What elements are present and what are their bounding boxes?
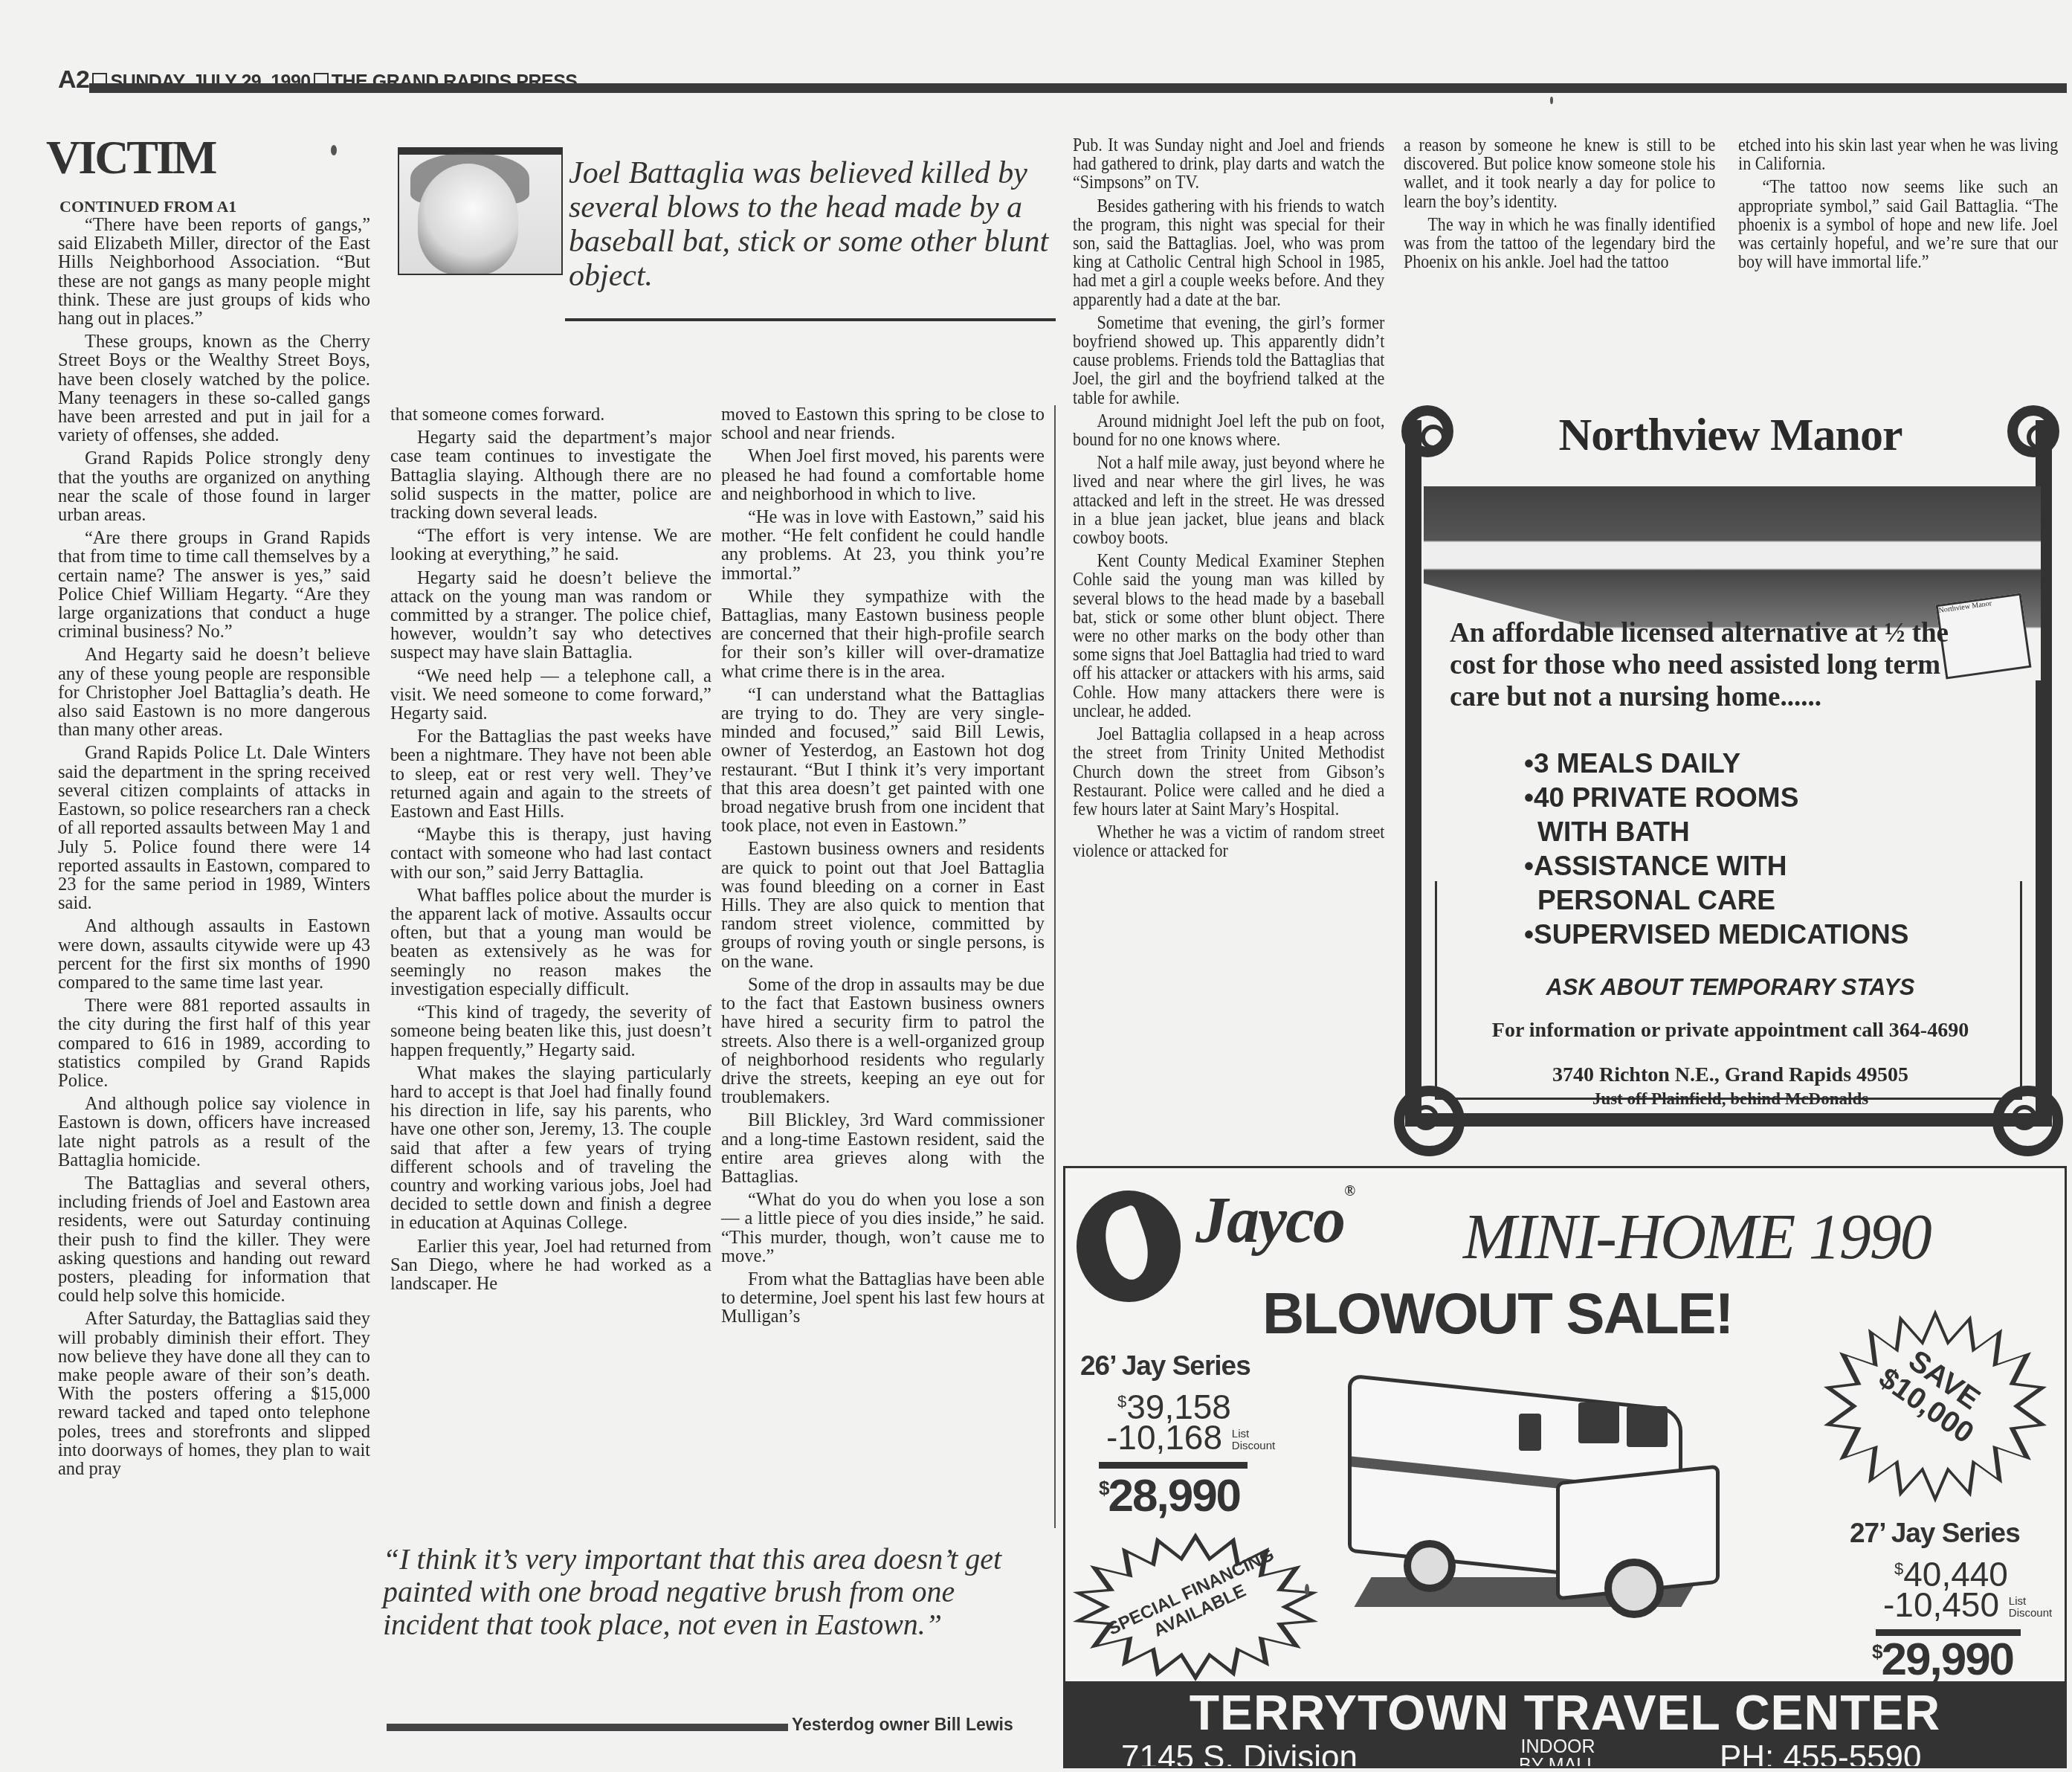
header-rule bbox=[89, 83, 2067, 93]
dealer-phone: PH: 455-5590 bbox=[1720, 1739, 1922, 1768]
feature-list: •3 MEALS DAILY •40 PRIVATE ROOMS WITH BA… bbox=[1524, 747, 1908, 953]
paragraph: Whether he was a victim of random street… bbox=[1073, 823, 1384, 860]
pull-quote-rule bbox=[387, 1724, 788, 1731]
paragraph: Joel Battaglia collapsed in a heap acros… bbox=[1073, 725, 1384, 819]
dealer-indoor: INDOORBY MALL bbox=[1519, 1738, 1597, 1768]
paragraph: Kent County Medical Examiner Stephen Coh… bbox=[1073, 552, 1384, 721]
feature-item: •40 PRIVATE ROOMS bbox=[1524, 782, 1908, 814]
discount-label: ListDiscount bbox=[1232, 1428, 1275, 1452]
paragraph: The Battaglias and several others, inclu… bbox=[58, 1174, 370, 1305]
dealer-name: TERRYTOWN TRAVEL CENTER bbox=[1065, 1684, 2065, 1741]
ad-contact-info: For information or private appointment c… bbox=[1398, 1019, 2063, 1043]
rv-window bbox=[1519, 1414, 1541, 1451]
paragraph: Grand Rapids Police Lt. Dale Winters sai… bbox=[58, 744, 370, 912]
rv-wheel bbox=[1404, 1540, 1456, 1592]
paragraph: Hegarty said the department’s major case… bbox=[390, 428, 711, 522]
paragraph: “This kind of tragedy, the severity of s… bbox=[390, 1003, 711, 1060]
article-column-4: Pub. It was Sunday night and Joel and fr… bbox=[1073, 136, 1384, 866]
paragraph: Besides gathering with his friends to wa… bbox=[1073, 197, 1384, 309]
article-column-2: that someone comes forward. Hegarty said… bbox=[390, 405, 711, 1298]
ad-address: 3740 Richton N.E., Grand Rapids 49505 bbox=[1398, 1063, 2063, 1087]
paragraph: And although assaults in Eastown were do… bbox=[58, 917, 370, 992]
paragraph: “I can understand what the Battaglias ar… bbox=[721, 686, 1045, 836]
rv-window bbox=[1627, 1406, 1668, 1447]
ad-temporary-stays: ASK ABOUT TEMPORARY STAYS bbox=[1398, 974, 2063, 1001]
paragraph: Sometime that evening, the girl’s former… bbox=[1073, 314, 1384, 407]
paragraph: “We need help — a telephone call, a visi… bbox=[390, 667, 711, 724]
paragraph: Earlier this year, Joel had returned fro… bbox=[390, 1237, 711, 1294]
paragraph: The way in which he was finally identifi… bbox=[1404, 216, 1715, 272]
paragraph: What baffles police about the murder is … bbox=[390, 886, 711, 999]
print-speck bbox=[331, 145, 337, 155]
feature-item: •ASSISTANCE WITH bbox=[1524, 850, 1908, 883]
series-26-name: 26’ Jay Series bbox=[1080, 1350, 1250, 1382]
ad-directions: Just off Plainfield, behind McDonalds bbox=[1398, 1089, 2063, 1109]
paragraph: What makes the slaying particularly hard… bbox=[390, 1064, 711, 1233]
ad-headline: MINI-HOME 1990 bbox=[1463, 1199, 1931, 1274]
paragraph: These groups, known as the Cherry Street… bbox=[58, 332, 370, 445]
paragraph: etched into his skin last year when he w… bbox=[1738, 136, 2058, 173]
series-26-discount: -10,168 ListDiscount bbox=[1106, 1420, 1275, 1455]
feature-item: •3 MEALS DAILY bbox=[1524, 747, 1908, 780]
feature-item: PERSONAL CARE bbox=[1524, 884, 1908, 917]
jayco-brand: Jayco® bbox=[1195, 1183, 1354, 1258]
print-speck bbox=[1305, 1584, 1309, 1596]
paragraph: Not a half mile away, just beyond where … bbox=[1073, 454, 1384, 547]
photo-caption: Joel Battaglia was believed killed by se… bbox=[569, 156, 1059, 293]
discount-label: ListDiscount bbox=[2009, 1596, 2052, 1620]
article-column-5: a reason by someone he knew is still to … bbox=[1404, 136, 1715, 276]
paragraph: When Joel first moved, his parents were … bbox=[721, 447, 1045, 503]
feature-item: •SUPERVISED MEDICATIONS bbox=[1524, 918, 1908, 951]
paragraph: And although police say violence in East… bbox=[58, 1095, 370, 1170]
brand-name: Jayco bbox=[1195, 1185, 1344, 1257]
series-26-final-price: $28,990 bbox=[1099, 1469, 1240, 1522]
price-value: -10,168 bbox=[1106, 1418, 1222, 1457]
price-value: -10,450 bbox=[1883, 1585, 1999, 1624]
page-number: A2 bbox=[58, 65, 89, 94]
paragraph: Pub. It was Sunday night and Joel and fr… bbox=[1073, 136, 1384, 193]
paragraph: “What do you do when you lose a son — a … bbox=[721, 1191, 1045, 1266]
paragraph: “Maybe this is therapy, just having cont… bbox=[390, 825, 711, 882]
series-27-discount: -10,450 ListDiscount bbox=[1883, 1587, 2052, 1623]
currency-symbol: $ bbox=[1894, 1559, 1903, 1578]
paragraph: “There have been reports of gangs,” said… bbox=[58, 216, 370, 328]
pull-quote: “I think it’s very important that this a… bbox=[383, 1543, 1045, 1641]
paragraph: that someone comes forward. bbox=[390, 405, 711, 424]
paragraph: “The tattoo now seems like such an appro… bbox=[1738, 178, 2058, 271]
paragraph: From what the Battaglias have been able … bbox=[721, 1270, 1045, 1327]
paragraph: Some of the drop in assaults may be due … bbox=[721, 976, 1045, 1106]
article-column-3: moved to Eastown this spring to be close… bbox=[721, 405, 1045, 1331]
article-kicker: VICTIM bbox=[46, 130, 215, 185]
caption-rule bbox=[565, 318, 1056, 321]
jayco-ad[interactable]: Jayco® MINI-HOME 1990 BLOWOUT SALE! SAVE… bbox=[1063, 1166, 2067, 1768]
currency-symbol: $ bbox=[1117, 1392, 1126, 1411]
paragraph: There were 881 reported assaults in the … bbox=[58, 996, 370, 1090]
pull-quote-attribution: Yesterdog owner Bill Lewis bbox=[792, 1715, 1013, 1735]
paragraph: After Saturday, the Battaglias said they… bbox=[58, 1309, 370, 1478]
continued-from: CONTINUED FROM A1 bbox=[59, 197, 236, 216]
paragraph: “The effort is very intense. We are look… bbox=[390, 526, 711, 564]
column-divider bbox=[1054, 405, 1056, 1528]
dealer-band: TERRYTOWN TRAVEL CENTER 7145 S. Division… bbox=[1065, 1681, 2065, 1768]
victim-photo bbox=[398, 147, 563, 275]
jayco-bird-logo-icon bbox=[1077, 1191, 1181, 1302]
paragraph: While they sympathize with the Battaglia… bbox=[721, 587, 1045, 681]
price-value: 29,990 bbox=[1881, 1634, 2013, 1685]
northview-manor-ad[interactable]: Northview Manor Northview Manor An affor… bbox=[1398, 390, 2063, 1149]
paragraph: Eastown business owners and residents ar… bbox=[721, 840, 1045, 970]
article-column-1: “There have been reports of gangs,” said… bbox=[58, 216, 370, 1483]
paragraph: “Are there groups in Grand Rapids that f… bbox=[58, 529, 370, 641]
currency-symbol: $ bbox=[1099, 1477, 1108, 1499]
paragraph: For the Battaglias the past weeks have b… bbox=[390, 727, 711, 821]
motorhome-illustration bbox=[1333, 1362, 1720, 1614]
price-rule bbox=[1099, 1462, 1248, 1469]
paragraph: Grand Rapids Police strongly deny that t… bbox=[58, 449, 370, 524]
rv-wheel bbox=[1604, 1559, 1664, 1618]
dealer-address: 7145 S. Division bbox=[1121, 1739, 1358, 1768]
paragraph: Hegarty said he doesn’t believe the atta… bbox=[390, 569, 711, 663]
paragraph: moved to Eastown this spring to be close… bbox=[721, 405, 1045, 442]
currency-symbol: $ bbox=[1872, 1640, 1881, 1663]
paragraph: Bill Blickley, 3rd Ward commissioner and… bbox=[721, 1111, 1045, 1186]
feature-item: WITH BATH bbox=[1524, 816, 1908, 848]
series-27-final-price: $29,990 bbox=[1872, 1633, 2013, 1686]
ad-title: Northview Manor bbox=[1398, 409, 2063, 462]
rv-window bbox=[1578, 1402, 1619, 1443]
paragraph: And Hegarty said he doesn’t believe any … bbox=[58, 645, 370, 739]
paragraph: Around midnight Joel left the pub on foo… bbox=[1073, 412, 1384, 449]
paragraph: “He was in love with Eastown,” said his … bbox=[721, 508, 1045, 583]
series-27-name: 27’ Jay Series bbox=[1850, 1518, 2020, 1549]
print-speck bbox=[1550, 97, 1553, 104]
ad-lead-text: An affordable licensed alternative at ½ … bbox=[1450, 617, 1970, 713]
registered-mark: ® bbox=[1344, 1183, 1354, 1199]
article-column-6: etched into his skin last year when he w… bbox=[1738, 136, 2058, 276]
paragraph: a reason by someone he knew is still to … bbox=[1404, 136, 1715, 211]
price-value: 28,990 bbox=[1108, 1470, 1240, 1521]
photo-face bbox=[418, 164, 518, 275]
ad-subhead: BLOWOUT SALE! bbox=[1262, 1280, 1733, 1347]
